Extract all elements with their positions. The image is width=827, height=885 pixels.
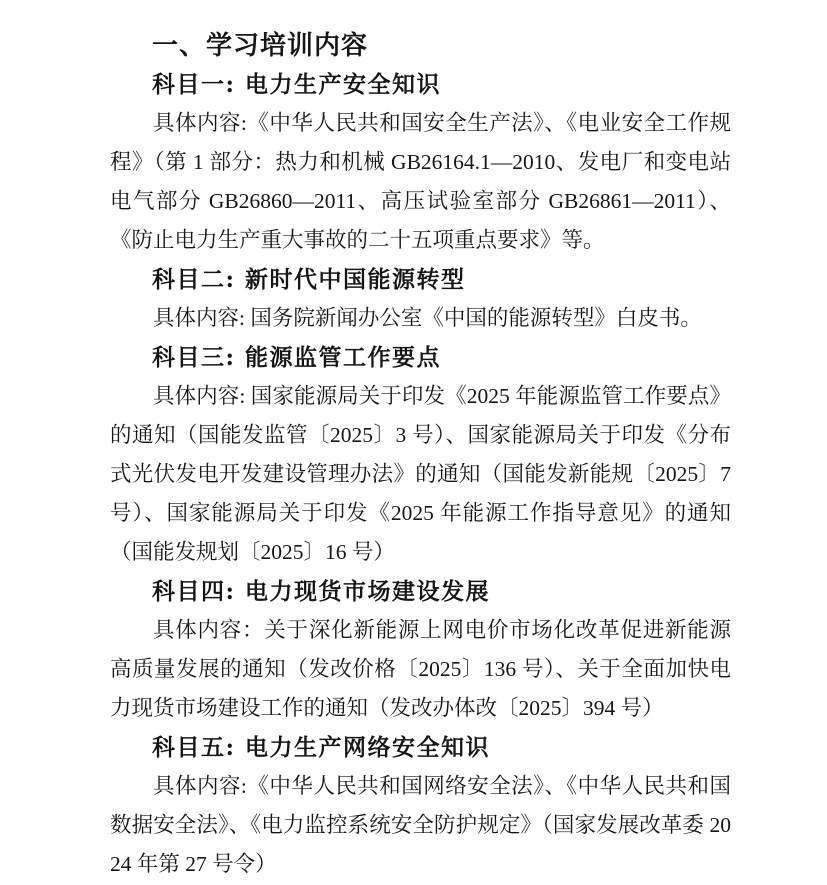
section-2-body: 具体内容: 国务院新闻办公室《中国的能源转型》白皮书。 [110,299,731,338]
section-5-heading: 科目五: 电力生产网络安全知识 [110,728,731,767]
section-4-body: 具体内容：关于深化新能源上网电价市场化改革促进新能源高质量发展的通知（发改价格〔… [110,611,731,728]
section-subject-3: 科目三: 能源监管工作要点 具体内容: 国家能源局关于印发《2025 年能源监管… [110,338,731,572]
section-subject-5: 科目五: 电力生产网络安全知识 具体内容:《中华人民共和国网络安全法》、《中华人… [110,728,731,884]
section-3-body: 具体内容: 国家能源局关于印发《2025 年能源监管工作要点》的通知（国能发监管… [110,377,731,572]
section-subject-4: 科目四: 电力现货市场建设发展 具体内容：关于深化新能源上网电价市场化改革促进新… [110,572,731,728]
document-page: 一、学习培训内容 科目一: 电力生产安全知识 具体内容:《中华人民共和国安全生产… [0,0,827,885]
section-1-body: 具体内容:《中华人民共和国安全生产法》、《电业安全工作规程》（第 1 部分：热力… [110,104,731,260]
section-4-heading: 科目四: 电力现货市场建设发展 [110,572,731,611]
section-2-heading: 科目二: 新时代中国能源转型 [110,260,731,299]
document-content: 一、学习培训内容 科目一: 电力生产安全知识 具体内容:《中华人民共和国安全生产… [110,26,731,884]
section-3-heading: 科目三: 能源监管工作要点 [110,338,731,377]
section-5-body: 具体内容:《中华人民共和国网络安全法》、《中华人民共和国数据安全法》、《电力监控… [110,767,731,884]
section-subject-1: 科目一: 电力生产安全知识 具体内容:《中华人民共和国安全生产法》、《电业安全工… [110,65,731,260]
section-subject-2: 科目二: 新时代中国能源转型 具体内容: 国务院新闻办公室《中国的能源转型》白皮… [110,260,731,338]
document-title: 一、学习培训内容 [110,26,731,65]
section-1-heading: 科目一: 电力生产安全知识 [110,65,731,104]
